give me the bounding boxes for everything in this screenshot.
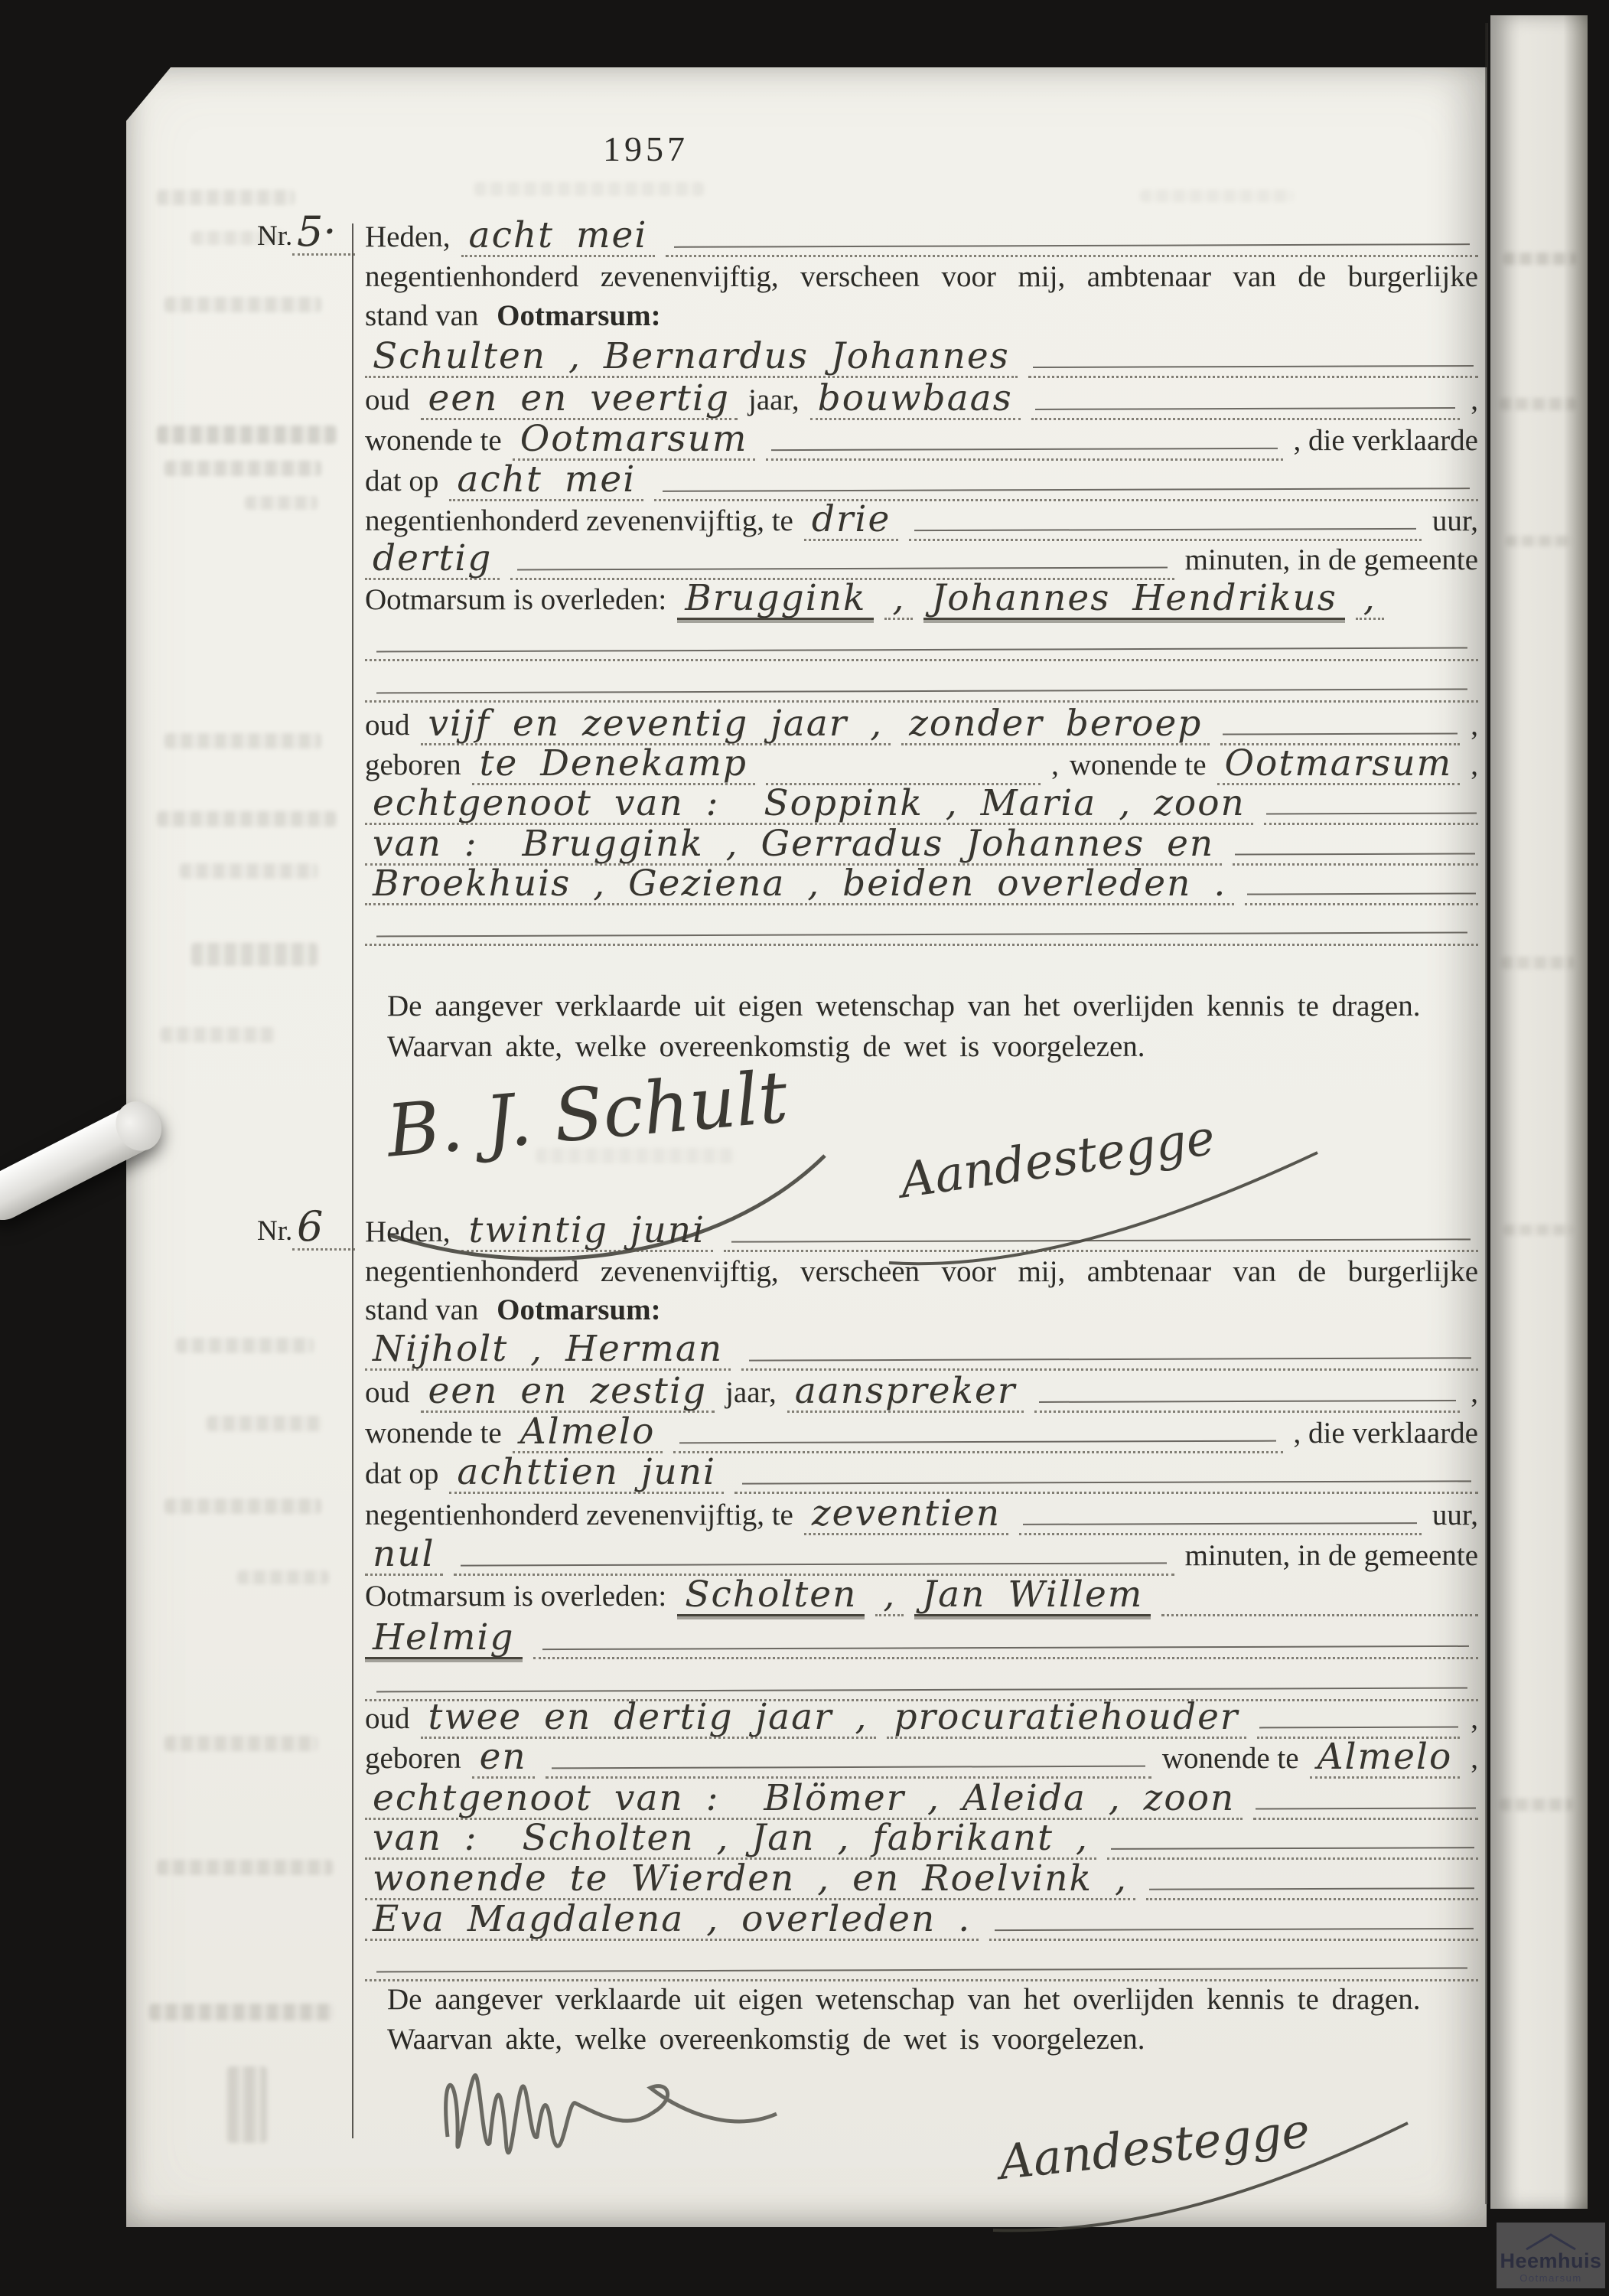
printed-text: jaar, — [748, 385, 800, 420]
adjacent-page-edge — [1490, 15, 1588, 2209]
printed-text: , — [1471, 710, 1478, 745]
printed-text: negentienhonderd zevenenvijftig, versche… — [365, 262, 1478, 297]
handwritten-entry: , — [884, 580, 913, 620]
handwritten-entry: acht mei — [449, 461, 643, 501]
form-line: oudeen en zestigjaar,aanspreker, — [365, 1373, 1478, 1413]
bleed-through-smudge — [191, 943, 318, 966]
handwritten-entry: Almelo — [513, 1414, 663, 1453]
printed-text: , die verklaarde — [1294, 426, 1478, 461]
form-line: geborenenwonende teAlmelo, — [365, 1739, 1478, 1779]
printed-text: oud — [365, 710, 410, 745]
form-line: stand van Ootmarsum: — [365, 296, 1478, 336]
dotted-line — [365, 621, 1478, 661]
handwritten-entry: Ootmarsum — [1217, 745, 1461, 785]
dotted-line — [989, 1901, 1478, 1941]
printed-text: , — [1471, 1743, 1478, 1779]
form-line: dat opachttien juni — [365, 1454, 1478, 1494]
dotted-line — [724, 1212, 1478, 1252]
dotted-line — [1220, 706, 1460, 745]
printed-text: , die verklaarde — [1294, 1418, 1478, 1453]
bleed-through-smudge — [1503, 1225, 1572, 1235]
dotted-line — [1257, 1699, 1460, 1739]
printed-text: Waarvan akte, welke overeenkomstig de we… — [387, 2024, 1145, 2060]
form-line: De aangever verklaarde uit eigen wetensc… — [387, 1980, 1477, 2020]
bleed-through-smudge — [157, 811, 337, 827]
handwritten-entry: van : Bruggink , Gerradus Johannes en — [365, 826, 1222, 866]
printed-text: uur, — [1432, 506, 1478, 541]
printed-text: , — [1471, 385, 1478, 420]
form-line: Broekhuis , Geziena , beiden overleden . — [365, 866, 1478, 905]
dotted-line — [766, 745, 1041, 785]
handwritten-entry: achttien juni — [449, 1454, 724, 1494]
printed-text: stand van — [365, 1295, 486, 1330]
form-line: echtgenoot van : Blömer , Aleida , zoon — [365, 1780, 1478, 1820]
handwritten-entry: te Denekamp — [472, 745, 755, 785]
form-line: Schulten , Bernardus Johannes — [365, 338, 1478, 378]
printed-text: , — [1471, 1378, 1478, 1413]
printed-text: oud — [365, 1704, 410, 1739]
printed-text: oud — [365, 1378, 410, 1413]
bleed-through-smudge — [227, 2066, 267, 2143]
dotted-line — [766, 421, 1282, 461]
bleed-through-smudge — [164, 461, 321, 476]
handwritten-entry-underlined: Bruggink — [677, 580, 874, 620]
printed-text: Heden, — [365, 1217, 451, 1252]
printed-text: geboren — [365, 750, 461, 785]
dotted-line — [909, 501, 1422, 541]
handwritten-entry: aanspreker — [787, 1373, 1024, 1413]
printed-text: minuten, in de gemeente — [1185, 545, 1478, 580]
dotted-line — [1161, 1577, 1478, 1616]
form-line: Heden,acht mei — [365, 217, 1478, 257]
dotted-line — [365, 663, 1478, 703]
form-line: dat opacht mei — [365, 461, 1478, 501]
handwritten-entry-underlined: Jan Willem — [914, 1577, 1151, 1616]
dotted-line — [1146, 1861, 1478, 1900]
form-line: van : Scholten , Jan , fabrikant , — [365, 1820, 1478, 1860]
form-line: negentienhonderd zevenenvijftig, tedrieu… — [365, 501, 1478, 541]
watermark-subtitle: Ootmarsum — [1519, 2272, 1581, 2285]
form-line: wonende te Wierden , en Roelvink , — [365, 1861, 1478, 1900]
printed-text: Ootmarsum is overleden: — [365, 585, 666, 620]
bleed-through-smudge — [157, 1860, 333, 1875]
house-roof-icon — [1522, 2232, 1580, 2251]
record-number-value: 6 — [297, 1206, 323, 1247]
printed-text: dat op — [365, 1459, 438, 1494]
bleed-through-smudge — [191, 231, 283, 245]
page-title-year: 1957 — [603, 132, 689, 167]
handwritten-entry: zonder beroep — [901, 706, 1210, 745]
bleed-through-smudge — [157, 190, 295, 205]
form-line: oudeen en veertigjaar,bouwbaas, — [365, 380, 1478, 420]
bleed-through-smudge — [237, 1570, 329, 1584]
dotted-line — [1264, 785, 1478, 825]
form-line: Eva Magdalena , overleden . — [365, 1901, 1478, 1941]
printed-text: dat op — [365, 466, 438, 501]
printed-text: De aangever verklaarde uit eigen wetensc… — [387, 991, 1420, 1026]
form-line — [365, 621, 1478, 661]
printed-text: wonende te — [365, 426, 502, 461]
printed-text: geboren — [365, 1743, 461, 1779]
bleed-through-smudge — [1501, 957, 1574, 969]
dotted-line — [666, 217, 1478, 257]
bleed-through-smudge — [164, 1499, 321, 1514]
form-line: echtgenoot van : Soppink , Maria , zoon — [365, 785, 1478, 825]
dotted-line — [741, 1331, 1478, 1371]
record-number-value: 5· — [297, 211, 337, 253]
page-fold-line — [1485, 23, 1488, 2204]
handwritten-entry: en — [472, 1739, 535, 1779]
handwritten-entry: drie — [804, 501, 898, 541]
bleed-through-smudge — [1500, 398, 1576, 410]
printed-text: uur, — [1432, 1500, 1478, 1535]
printed-text: wonende te — [365, 1418, 502, 1453]
form-line: geborente Denekamp,wonende teOotmarsum, — [365, 745, 1478, 785]
form-line: oudvijf en zeventig jaar ,zonder beroep, — [365, 706, 1478, 745]
printed-text: , — [1051, 750, 1059, 785]
handwritten-entry: twee en dertig jaar , — [421, 1699, 876, 1739]
dotted-line — [510, 540, 1174, 580]
bleed-through-smudge — [164, 297, 321, 312]
handwritten-entry: Almelo — [1310, 1739, 1461, 1779]
bleed-through-smudge — [157, 426, 337, 444]
form-line: De aangever verklaarde uit eigen wetensc… — [387, 987, 1477, 1026]
record-number-block: Nr. 6 — [257, 1212, 355, 1251]
form-column-divider — [352, 223, 353, 2138]
nr-label: Nr. — [257, 1217, 292, 1251]
printed-text: , — [1471, 750, 1478, 785]
printed-text: , — [1471, 1704, 1478, 1739]
form-line: Ootmarsum is overleden:Scholten,Jan Will… — [365, 1577, 1478, 1616]
handwritten-entry: Schulten , Bernardus Johannes — [365, 338, 1018, 378]
printed-text: jaar, — [725, 1378, 777, 1413]
handwritten-entry: wonende te Wierden , en Roelvink , — [365, 1861, 1135, 1900]
form-line: van : Bruggink , Gerradus Johannes en — [365, 826, 1478, 866]
dotted-line — [734, 1454, 1478, 1494]
printed-text: negentienhonderd zevenenvijftig, te — [365, 1500, 793, 1535]
form-line: stand van Ootmarsum: — [365, 1290, 1478, 1330]
form-line — [365, 1942, 1478, 1981]
printed-text: Ootmarsum is overleden: — [365, 1581, 666, 1616]
printed-text: negentienhonderd zevenenvijftig, versche… — [365, 1257, 1478, 1292]
handwritten-entry: een en zestig — [421, 1373, 715, 1413]
dotted-line — [365, 906, 1478, 946]
form-line: Nijholt , Herman — [365, 1331, 1478, 1371]
bleed-through-smudge — [1506, 536, 1571, 546]
handwritten-entry: Eva Magdalena , overleden . — [365, 1901, 979, 1941]
dotted-line — [1233, 826, 1478, 866]
form-line — [365, 906, 1478, 946]
printed-text: stand van — [365, 301, 486, 336]
handwritten-entry: nul — [365, 1536, 443, 1576]
printed-text: wonende te — [1070, 750, 1207, 785]
dotted-line — [1019, 1495, 1422, 1535]
watermark-title: Heemhuis — [1500, 2251, 1601, 2272]
handwritten-entry: echtgenoot van : Blömer , Aleida , zoon — [365, 1780, 1243, 1820]
dotted-line — [673, 1414, 1282, 1453]
bleed-through-smudge — [180, 863, 318, 879]
form-line — [365, 663, 1478, 703]
dotted-line — [1245, 866, 1478, 905]
bleed-through-smudge — [1140, 190, 1293, 202]
dotted-line — [533, 1619, 1478, 1659]
handwritten-entry: Broekhuis , Geziena , beiden overleden . — [365, 866, 1234, 905]
printed-text: wonende te — [1162, 1743, 1299, 1779]
printed-text: De aangever verklaarde uit eigen wetensc… — [387, 1985, 1420, 2020]
handwritten-entry: , — [875, 1577, 904, 1616]
bleed-through-smudge — [176, 1338, 314, 1353]
handwritten-entry: een en veertig — [421, 380, 738, 420]
scanned-register-page: 1957 Nr. 5· Nr. 6 B. J. Schult Aandesteg… — [0, 0, 1609, 2296]
form-line: negentienhonderd zevenenvijftig, versche… — [365, 257, 1478, 297]
form-line: negentienhonderd zevenenvijftig, versche… — [365, 1252, 1478, 1292]
bleed-through-smudge — [164, 1736, 318, 1751]
handwritten-entry: dertig — [365, 540, 500, 580]
printed-text: oud — [365, 385, 410, 420]
form-line: wonende teAlmelo, die verklaarde — [365, 1414, 1478, 1453]
dotted-line — [365, 1942, 1478, 1981]
handwritten-entry: echtgenoot van : Soppink , Maria , zoon — [365, 785, 1253, 825]
printed-text: minuten, in de gemeente — [1185, 1541, 1478, 1576]
bleed-through-smudge — [1503, 253, 1576, 265]
bleed-through-smudge — [149, 2004, 333, 2020]
form-line: wonende teOotmarsum, die verklaarde — [365, 421, 1478, 461]
form-line: dertigminuten, in de gemeente — [365, 540, 1478, 580]
handwritten-entry: acht mei — [461, 217, 656, 257]
bleed-through-smudge — [164, 733, 321, 748]
form-line: nulminuten, in de gemeente — [365, 1536, 1478, 1576]
handwritten-entry: Nijholt , Herman — [365, 1331, 731, 1371]
handwritten-entry: , — [1356, 580, 1384, 620]
handwritten-entry: bouwbaas — [810, 380, 1021, 420]
dotted-line — [1028, 338, 1478, 378]
handwritten-entry: procuratiehouder — [887, 1699, 1247, 1739]
handwritten-entry: van : Scholten , Jan , fabrikant , — [365, 1820, 1096, 1860]
form-line: Helmig — [365, 1619, 1478, 1659]
bleed-through-smudge — [161, 1027, 275, 1042]
form-line: oudtwee en dertig jaar ,procuratiehouder… — [365, 1699, 1478, 1739]
printed-text: Waarvan akte, welke overeenkomstig de we… — [387, 1032, 1145, 1067]
handwritten-entry-underlined: Scholten — [677, 1577, 865, 1616]
form-line: Waarvan akte, welke overeenkomstig de we… — [387, 1027, 1477, 1067]
form-line: Waarvan akte, welke overeenkomstig de we… — [387, 2020, 1477, 2060]
handwritten-entry-underlined: Helmig — [365, 1619, 523, 1659]
bleed-through-smudge — [245, 496, 318, 510]
bleed-through-smudge — [474, 182, 704, 196]
form-line: negentienhonderd zevenenvijftig, tezeven… — [365, 1495, 1478, 1535]
printed-text: Ootmarsum: — [497, 301, 660, 336]
archive-watermark: Heemhuis Ootmarsum — [1497, 2223, 1605, 2288]
dotted-line — [1107, 1820, 1478, 1860]
bleed-through-smudge — [207, 1416, 321, 1431]
printed-text: Ootmarsum: — [497, 1295, 660, 1330]
dotted-line — [1253, 1780, 1478, 1820]
handwritten-entry: twintig juni — [461, 1212, 714, 1252]
dotted-line — [654, 461, 1478, 501]
bleed-through-smudge — [536, 1148, 734, 1163]
dotted-line — [546, 1739, 1151, 1779]
printed-text: negentienhonderd zevenenvijftig, te — [365, 506, 793, 541]
form-line: Heden,twintig juni — [365, 1212, 1478, 1252]
dotted-line — [1034, 1373, 1460, 1413]
handwritten-entry: vijf en zeventig jaar , — [421, 706, 891, 745]
printed-text: Heden, — [365, 222, 451, 257]
form-line: Ootmarsum is overleden:Bruggink,Johannes… — [365, 580, 1478, 620]
handwritten-entry-underlined: Johannes Hendrikus — [923, 580, 1344, 620]
handwritten-entry: zeventien — [804, 1495, 1008, 1535]
bleed-through-smudge — [1500, 1799, 1572, 1811]
dotted-line — [454, 1536, 1174, 1576]
dotted-line — [1031, 380, 1460, 420]
handwritten-entry: Ootmarsum — [513, 421, 756, 461]
